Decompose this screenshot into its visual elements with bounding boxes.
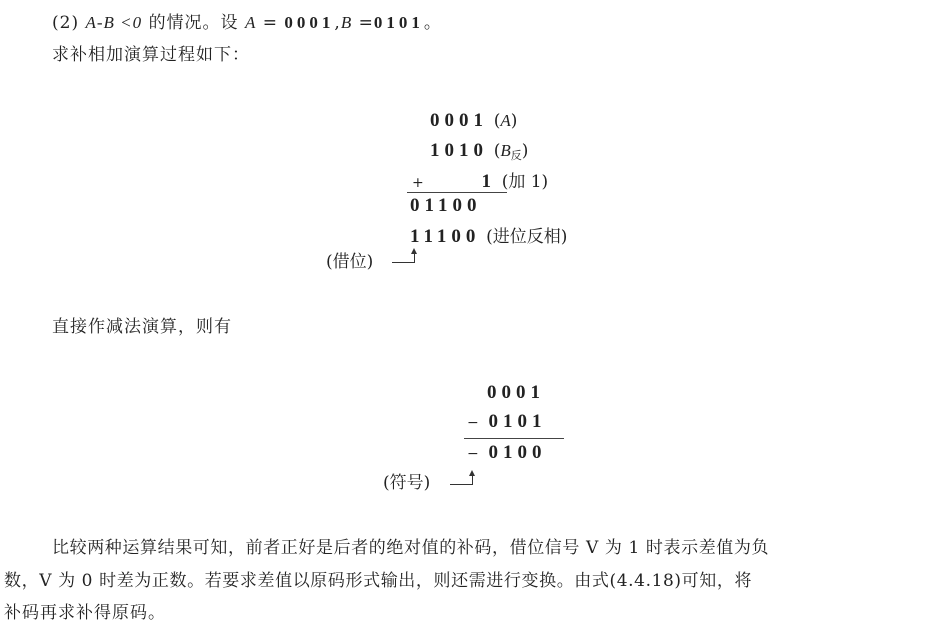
sign-arrow-tip <box>469 470 475 476</box>
result-row: − 0100 <box>467 442 546 464</box>
inverted-value: 11100 <box>410 226 480 247</box>
minus-sign: − <box>467 415 479 431</box>
conclusion-line-2: 数，V 为 0 时差为正数。若要求差值以原码形式输出，则还需进行变换。由式(4.… <box>4 566 752 591</box>
inverted-note: (进位反相) <box>486 227 567 247</box>
minuend-row: 0001 <box>487 382 545 404</box>
conclusion-line-3: 补码再求补得原码。 <box>4 598 166 623</box>
minuend-value: 0001 <box>487 382 545 403</box>
sign-label: (符号) <box>383 468 430 493</box>
value-one: 1 <box>481 171 496 192</box>
value-a-binary: 0001 <box>430 110 488 131</box>
result-sign: − <box>467 446 479 462</box>
calc-row-inverted: 11100 (进位反相) <box>410 222 567 248</box>
value-b-inverse: 1010 <box>430 140 488 161</box>
case-heading: (2) A-B <0 的情况。设 A = 0001,B =0101。 <box>52 8 442 33</box>
calc-row-plus-one: + 1 (加 1) <box>412 167 548 193</box>
value-b: 0101 <box>374 13 424 32</box>
value-a: 0001 <box>284 13 334 32</box>
complement-intro: 求补相加演算过程如下： <box>52 40 250 65</box>
equals-a: = <box>256 13 284 33</box>
note-a: (A) <box>494 111 518 131</box>
condition-expression: A-B <0 <box>86 13 143 32</box>
sum-divider <box>407 192 507 193</box>
sum-value: 01100 <box>410 195 481 216</box>
var-b: B <box>341 13 352 32</box>
result-value: 0100 <box>488 442 546 463</box>
equals-b: = <box>352 13 374 33</box>
var-a: A <box>245 13 256 32</box>
difference-divider <box>464 438 564 439</box>
case-label: (2) <box>52 13 79 33</box>
direct-intro: 直接作减法演算，则有 <box>52 312 232 337</box>
calc-row-sum: 01100 <box>410 195 481 217</box>
note-plus-one: (加 1) <box>502 172 548 192</box>
note-b-inverse: (B反) <box>494 141 529 161</box>
subtrahend-value: 0101 <box>488 411 546 432</box>
calc-row-a: 0001 (A) <box>430 110 517 132</box>
condition-suffix: 的情况。设 <box>149 13 239 33</box>
borrow-arrow-tip <box>411 248 417 254</box>
period: 。 <box>424 13 442 33</box>
borrow-label: (借位) <box>326 247 373 272</box>
subtrahend-row: − 0101 <box>467 411 546 433</box>
plus-sign: + <box>412 175 424 191</box>
calc-row-b-inverse: 1010 (B反) <box>430 140 528 163</box>
conclusion-line-1: 比较两种运算结果可知，前者正好是后者的绝对值的补码，借位信号 V 为 1 时表示… <box>52 533 769 558</box>
